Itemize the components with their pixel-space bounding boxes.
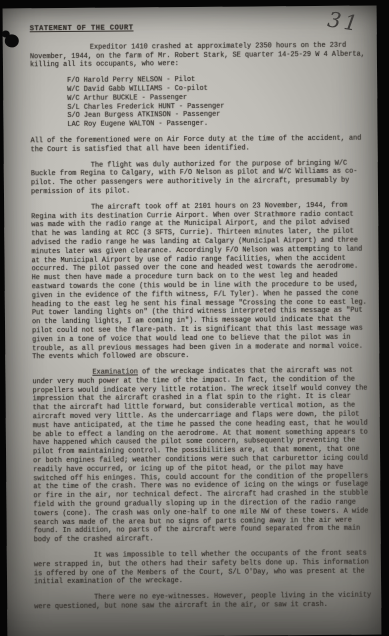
paragraph-intro: Expeditor 1410 crashed at approximately … — [30, 41, 368, 70]
occupant-list: F/O Harold Perry NELSON - Pilot W/C Davi… — [67, 75, 368, 130]
scanned-document-photo: 31 STATEMENT OF THE COURT Expeditor 1410… — [0, 0, 389, 636]
paragraph-safety-belts: It was impossible to tell whether the oc… — [34, 550, 372, 588]
paragraph-flight-authorization: The flight was duly authorized for the p… — [31, 159, 369, 197]
paragraph-body-text: of the wreckage indicates that the aircr… — [32, 367, 368, 545]
document-page: 31 STATEMENT OF THE COURT Expeditor 1410… — [3, 6, 382, 636]
document-title: STATEMENT OF THE COURT — [30, 23, 368, 34]
paragraph-identified: All of the forementioned were on Air For… — [31, 135, 369, 155]
paragraph-wreckage-examination: Examination of the wreckage indicates th… — [32, 367, 371, 546]
paragraph-flight-narrative: The aircraft took off at 2101 hours on 2… — [31, 201, 370, 362]
occupant-line: LAC Roy Eugene WALTON - Passenger. — [67, 119, 368, 130]
paragraph-lead-word: Examination — [92, 369, 138, 377]
paragraph-eyewitnesses: There were no eye-witnesses. However, pe… — [34, 592, 372, 612]
document-content: STATEMENT OF THE COURT Expeditor 1410 cr… — [3, 6, 382, 636]
